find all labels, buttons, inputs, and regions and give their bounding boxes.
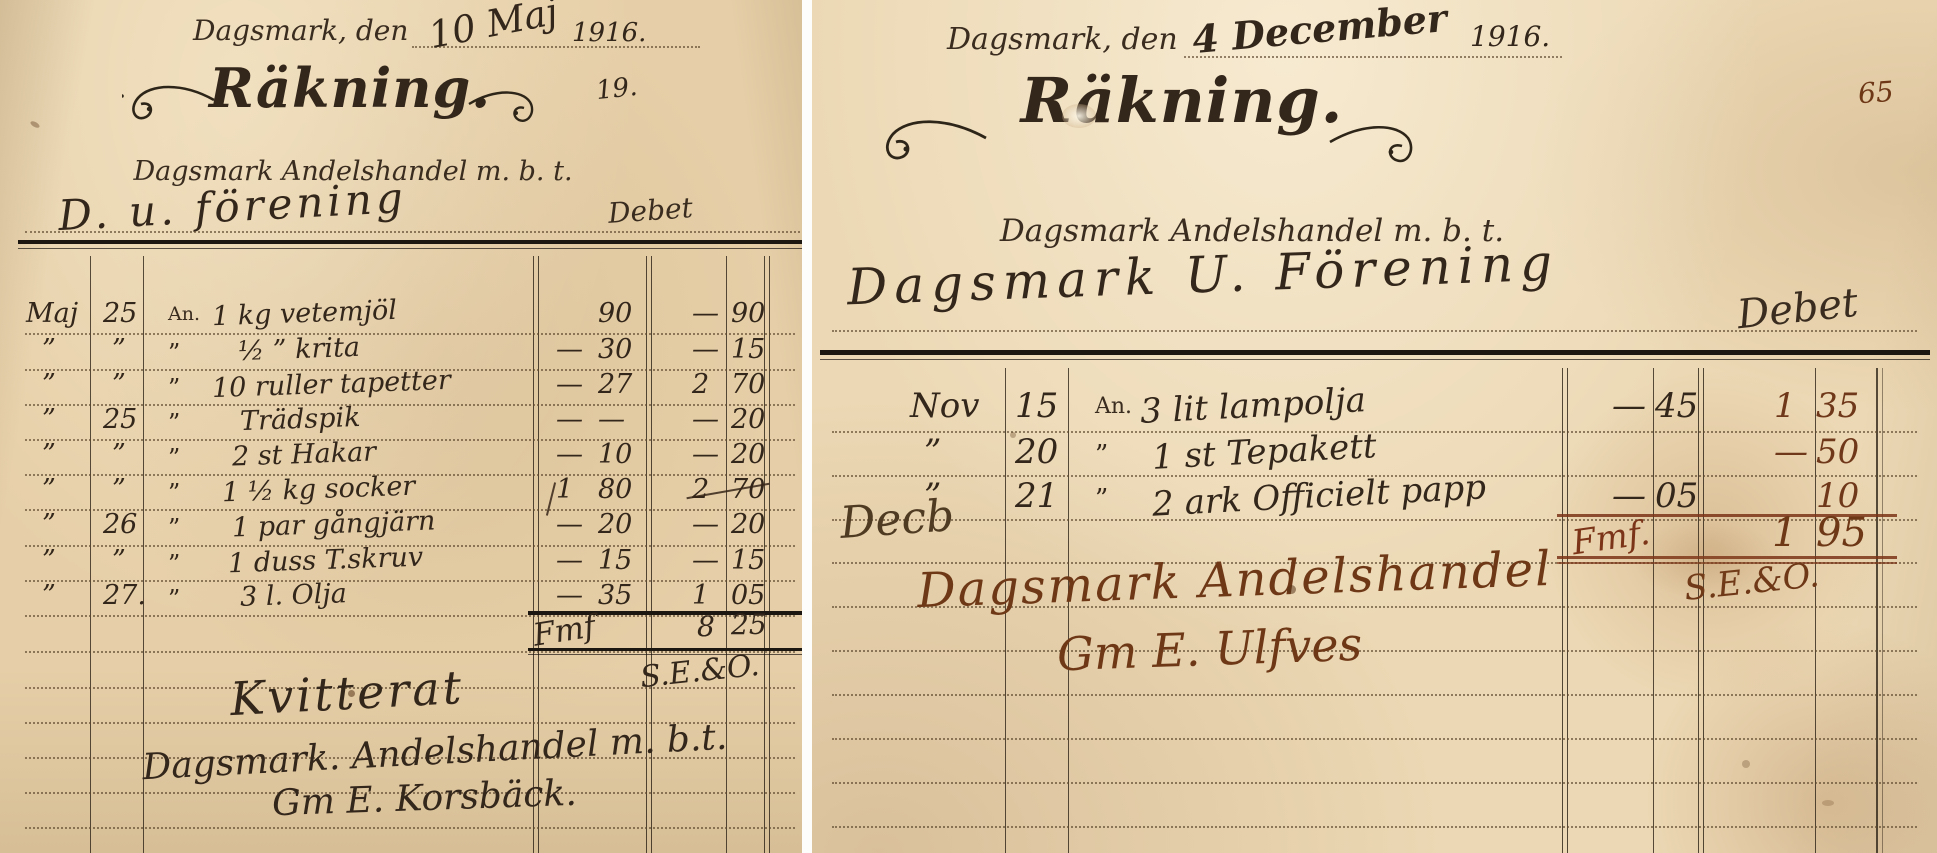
- row-description: 1 ½ kg socker: [222, 471, 416, 509]
- ledger-line: [832, 650, 1917, 652]
- row-description: Trädspik: [239, 402, 360, 437]
- row-description: 3 l. Olja: [239, 578, 347, 613]
- total-penni: 95: [1816, 510, 1867, 556]
- row-amount-penni: 15: [731, 545, 765, 576]
- row-description: 3 lit lampolja: [1139, 380, 1367, 432]
- row-price-penni: 10: [598, 439, 632, 470]
- year: 1916.: [572, 18, 646, 48]
- row-day: ”: [112, 439, 126, 470]
- total-mark: 8: [697, 610, 715, 643]
- ledger-row: ” 20 ” 1 st Tepakett — 50: [812, 432, 1937, 470]
- row-price-mark: —: [1612, 476, 1646, 516]
- month-continued: Decb: [838, 490, 955, 549]
- row-month: ”: [924, 432, 941, 472]
- row-ditto: ”: [168, 339, 180, 367]
- row-price-mark: 1: [556, 474, 573, 505]
- row-price-penni: —: [598, 404, 625, 435]
- row-description: 1 st Tepakett: [1151, 426, 1377, 478]
- row-ditto: ”: [168, 374, 180, 402]
- year: 1916.: [1470, 20, 1550, 53]
- flourish-icon: [874, 112, 989, 170]
- row-amount-penni: 70: [731, 369, 765, 400]
- scanned-invoices: Dagsmark, den 10 Maj 1916. 19. Räkning. …: [0, 0, 1937, 853]
- row-day: 27.: [103, 580, 146, 611]
- row-day: 25: [103, 404, 137, 435]
- row-ditto: ”: [168, 409, 180, 437]
- an-label: An.: [1095, 394, 1132, 419]
- signature-name: Gm E. Ulfves: [1056, 617, 1363, 682]
- total-penni: 25: [731, 608, 767, 641]
- row-ditto: ”: [168, 479, 180, 507]
- row-amount-mark: —: [692, 334, 719, 365]
- row-amount-penni: 35: [1816, 386, 1859, 426]
- row-month: ”: [42, 439, 56, 470]
- paper-stain: [1010, 432, 1016, 438]
- place-date-label: Dagsmark, den: [193, 14, 408, 47]
- row-price-penni: 45: [1655, 386, 1698, 426]
- row-amount-penni: 20: [731, 509, 765, 540]
- paper-stain: [29, 120, 40, 129]
- ledger-row: ” 25 ” Trädspik — — — 20: [0, 404, 802, 442]
- row-amount-penni: 20: [731, 439, 765, 470]
- row-ditto: ”: [1095, 484, 1108, 514]
- row-month: ”: [42, 509, 56, 540]
- row-description: 10 ruller tapetter: [212, 365, 452, 404]
- ledger-line: [832, 738, 1917, 740]
- row-month: ”: [42, 369, 56, 400]
- signature-name: Gm E. Korsbäck.: [271, 773, 577, 825]
- left-invoice-page: Dagsmark, den 10 Maj 1916. 19. Räkning. …: [0, 0, 802, 853]
- row-price-penni: 15: [598, 545, 632, 576]
- row-amount-mark: —: [692, 545, 719, 576]
- row-amount-penni: 90: [731, 298, 765, 329]
- ledger-line: [25, 651, 795, 653]
- ledger-line: [832, 694, 1917, 696]
- row-price-penni: 27: [598, 369, 632, 400]
- row-amount-penni: 50: [1816, 432, 1859, 472]
- paper-stain: [1742, 760, 1750, 768]
- row-month: ”: [42, 334, 56, 365]
- row-ditto: ”: [168, 444, 180, 472]
- row-month: Maj: [26, 298, 78, 329]
- row-day: 21: [1015, 476, 1058, 516]
- row-amount-mark: 1: [692, 580, 709, 611]
- an-label: An.: [168, 303, 200, 325]
- ledger-row: ” 21 ” 2 ark Officielt papp — 05 10: [812, 476, 1937, 514]
- ledger-row: ” ” ” 10 ruller tapetter — 27 2 70: [0, 369, 802, 407]
- page-title: Räkning.: [1012, 64, 1352, 137]
- row-day: ”: [112, 334, 126, 365]
- row-day: ”: [112, 545, 126, 576]
- row-description: ½ ” krita: [237, 332, 360, 367]
- row-price-mark: —: [1612, 386, 1646, 426]
- ledger-row: ” ” ” 1 duss T.skruv — 15 — 15: [0, 545, 802, 583]
- row-ditto: ”: [1095, 440, 1108, 470]
- row-amount-penni: 05: [731, 580, 765, 611]
- row-price-mark: —: [556, 545, 583, 576]
- row-price-penni: 80: [598, 474, 632, 505]
- ledger-line: [832, 826, 1917, 828]
- row-day: 20: [1015, 432, 1058, 472]
- row-month: ”: [42, 580, 56, 611]
- row-price-mark: —: [556, 439, 583, 470]
- row-price-penni: 30: [598, 334, 632, 365]
- row-amount-penni: 15: [731, 334, 765, 365]
- row-ditto: ”: [168, 585, 180, 613]
- paper-stain: [1287, 585, 1296, 594]
- row-amount-penni: 20: [731, 404, 765, 435]
- row-amount-mark: —: [692, 404, 719, 435]
- flourish-icon: [122, 78, 217, 128]
- row-description: 1 par gångjärn: [232, 505, 436, 543]
- row-amount-mark: 1: [1774, 386, 1796, 426]
- row-amount-mark: —: [692, 298, 719, 329]
- row-price-penni: 90: [598, 298, 632, 329]
- table-top-rule-thin: [18, 248, 802, 249]
- row-price-penni: 20: [598, 509, 632, 540]
- row-day: 15: [1015, 386, 1058, 426]
- recipient-dotted-line: [832, 330, 1917, 332]
- ledger-line: [25, 827, 795, 829]
- row-price-mark: —: [556, 580, 583, 611]
- row-description: 2 st Hakar: [232, 436, 377, 472]
- row-month: ”: [42, 474, 56, 505]
- ledger-row: Maj 25 An. 1 kg vetemjöl 90 — 90: [0, 298, 802, 336]
- row-description: 1 duss T.skruv: [228, 542, 424, 580]
- row-price-mark: —: [556, 369, 583, 400]
- paper-stain: [1822, 800, 1834, 806]
- row-month: ”: [42, 545, 56, 576]
- table-top-rule: [820, 350, 1930, 355]
- row-amount-mark: —: [692, 509, 719, 540]
- table-top-rule: [18, 240, 802, 244]
- handwritten-date: 4 December: [1191, 0, 1449, 62]
- row-ditto: ”: [168, 550, 180, 578]
- row-price-mark: —: [556, 509, 583, 540]
- row-day: ”: [112, 474, 126, 505]
- paper-stain: [1632, 520, 1782, 600]
- row-day: 26: [103, 509, 137, 540]
- row-day: ”: [112, 369, 126, 400]
- row-month: ”: [42, 404, 56, 435]
- row-amount-mark: —: [692, 439, 719, 470]
- ledger-line: [832, 519, 1917, 521]
- paper-defect: [1062, 104, 1096, 128]
- right-invoice-page: Dagsmark, den 4 December 1916. 65 Räknin…: [812, 0, 1937, 853]
- ledger-row: ” 26 ” 1 par gångjärn — 20 — 20: [0, 509, 802, 547]
- paper-stain: [348, 690, 355, 697]
- row-price-penni: 35: [598, 580, 632, 611]
- row-price-penni: 05: [1655, 476, 1698, 516]
- debet-label: Debet: [607, 191, 694, 230]
- page-title: Räkning.: [205, 56, 495, 120]
- row-amount-mark: —: [1774, 432, 1808, 472]
- row-price-mark: —: [556, 404, 583, 435]
- row-ditto: ”: [168, 514, 180, 542]
- row-month: Nov: [910, 386, 979, 426]
- recipient-dotted-line: [25, 231, 800, 233]
- row-amount-mark: 2: [692, 474, 709, 505]
- ledger-row: Nov 15 An. 3 lit lampolja — 45 1 35: [812, 386, 1937, 424]
- row-description: 1 kg vetemjöl: [212, 295, 398, 332]
- row-description: 2 ark Officielt papp: [1151, 467, 1487, 524]
- total-box-rule: [528, 648, 802, 651]
- handwritten-date: 10 Maj: [425, 0, 561, 57]
- total-box-rule-thin: [528, 654, 802, 655]
- flourish-icon: [466, 84, 536, 128]
- row-amount-mark: 2: [692, 369, 709, 400]
- invoice-number: 65: [1857, 75, 1895, 110]
- ledger-line: [832, 782, 1917, 784]
- flourish-icon: [1327, 118, 1417, 170]
- invoice-number: 19.: [595, 72, 639, 106]
- place-date-label: Dagsmark, den: [947, 22, 1178, 57]
- row-price-mark: —: [556, 334, 583, 365]
- row-day: 25: [103, 298, 137, 329]
- table-top-rule-thin: [820, 359, 1930, 360]
